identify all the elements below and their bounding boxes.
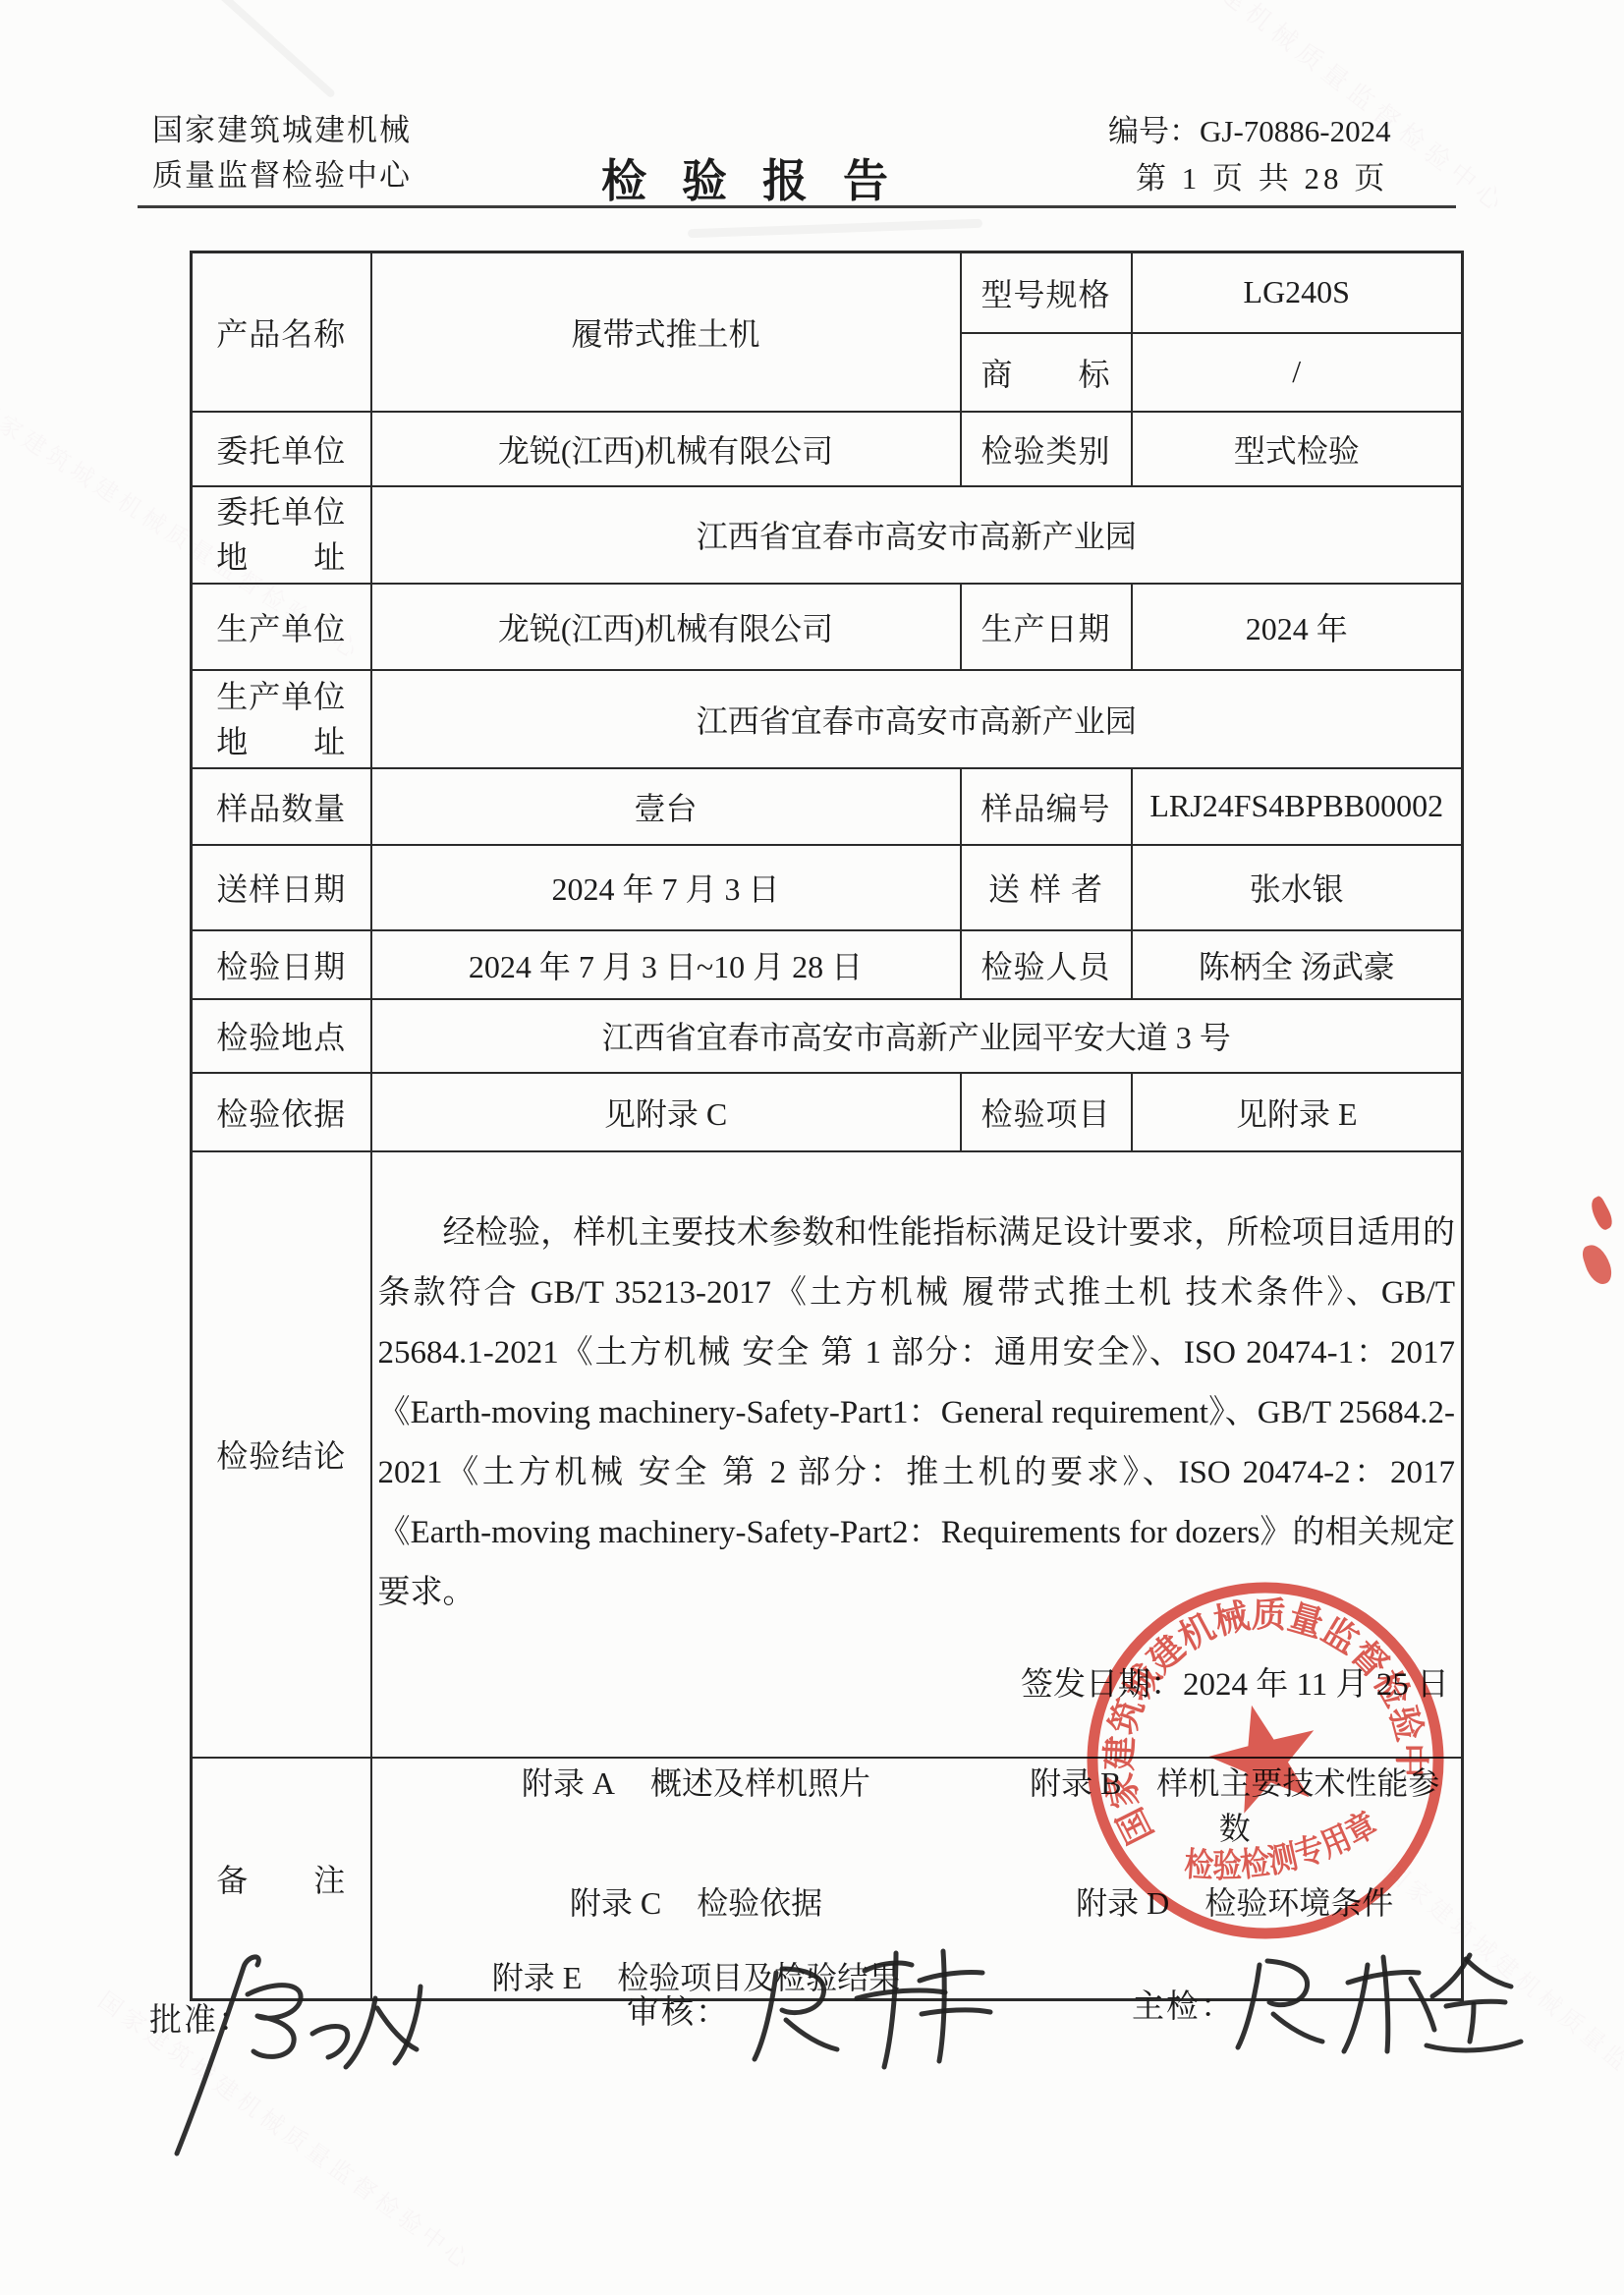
table-row: 产品名称 履带式推土机 型号规格 LG240S — [192, 252, 1463, 333]
trademark-label: 商 标 — [961, 333, 1132, 412]
client-address-label: 委托单位 地 址 — [192, 486, 371, 584]
manufacturer-address-label-line2: 地 址 — [198, 719, 364, 764]
client-address-label-line2: 地 址 — [198, 534, 364, 580]
trademark-value: / — [1132, 333, 1463, 412]
production-date-value: 2024 年 — [1132, 584, 1463, 670]
manufacturer-address-label: 生产单位 地 址 — [192, 670, 371, 768]
inspection-place-label: 检验地点 — [192, 999, 371, 1073]
issuing-organization: 国家建筑城建机械 质量监督检验中心 — [152, 108, 412, 198]
appendix-title: 概述及样机照片 — [650, 1765, 870, 1801]
model-label: 型号规格 — [961, 252, 1132, 333]
inspection-items-value: 见附录 E — [1132, 1073, 1463, 1151]
table-row: 样品数量 壹台 样品编号 LRJ24FS4BPBB00002 — [192, 768, 1463, 845]
sample-quantity-value: 壹台 — [371, 768, 961, 845]
header-divider — [138, 205, 1456, 208]
table-row: 委托单位 龙锐(江西)机械有限公司 检验类别 型式检验 — [192, 412, 1463, 486]
stamp-inner-text: 检验检测专用章 — [1175, 1799, 1387, 1902]
inspection-basis-label: 检验依据 — [192, 1073, 371, 1151]
inspection-place-value: 江西省宜春市高安市高新产业园平安大道 3 号 — [371, 999, 1463, 1073]
manufacturer-address-value: 江西省宜春市高安市高新产业园 — [371, 670, 1463, 768]
conclusion-label: 检验结论 — [192, 1151, 371, 1758]
sample-sender-label: 送 样 者 — [961, 845, 1132, 930]
manufacturer-address-label-line1: 生产单位 — [198, 674, 364, 719]
inspection-date-label: 检验日期 — [192, 930, 371, 999]
scan-streak-artifact — [688, 219, 982, 238]
production-date-label: 生产日期 — [961, 584, 1132, 670]
inspection-date-value: 2024 年 7 月 3 日~10 月 28 日 — [371, 930, 961, 999]
table-row: 委托单位 地 址 江西省宜春市高安市高新产业园 — [192, 486, 1463, 584]
report-number: 编号：GJ-70886-2024 — [1108, 108, 1391, 155]
client-address-value: 江西省宜春市高安市高新产业园 — [371, 486, 1463, 584]
stamp-star-icon — [1199, 1692, 1328, 1818]
appendix-code: 附录 C — [570, 1885, 661, 1921]
product-name-label: 产品名称 — [192, 252, 371, 412]
sample-no-value: LRJ24FS4BPBB00002 — [1132, 768, 1463, 845]
inspection-basis-value: 见附录 C — [371, 1073, 961, 1151]
product-name-value: 履带式推土机 — [371, 252, 961, 412]
appendix-title: 检验依据 — [697, 1885, 822, 1921]
sample-quantity-label: 样品数量 — [192, 768, 371, 845]
page-indicator: 第 1 页 共 28 页 — [1108, 155, 1391, 202]
scan-streak-artifact — [214, 0, 336, 99]
table-row: 送样日期 2024 年 7 月 3 日 送 样 者 张水银 — [192, 845, 1463, 930]
delivery-date-label: 送样日期 — [192, 845, 371, 930]
red-ink-mark — [1580, 1241, 1615, 1287]
model-value: LG240S — [1132, 252, 1463, 333]
table-row: 生产单位 龙锐(江西)机械有限公司 生产日期 2024 年 — [192, 584, 1463, 670]
table-row: 检验地点 江西省宜春市高安市高新产业园平安大道 3 号 — [192, 999, 1463, 1073]
appendix-item-c: 附录 C检验依据 — [378, 1878, 1015, 1924]
report-number-block: 编号：GJ-70886-2024 第 1 页 共 28 页 — [1108, 108, 1391, 202]
manufacturer-value: 龙锐(江西)机械有限公司 — [371, 584, 961, 670]
signatures-layer — [118, 1926, 1552, 2201]
table-row: 检验依据 见附录 C 检验项目 见附录 E — [192, 1073, 1463, 1151]
chief-inspector-signature — [1238, 1955, 1521, 2051]
approver-signature — [177, 1957, 420, 2154]
table-row: 检验日期 2024 年 7 月 3 日~10 月 28 日 检验人员 陈柄全 汤… — [192, 930, 1463, 999]
appendix-code: 附录 A — [522, 1765, 615, 1801]
client-address-label-line1: 委托单位 — [198, 489, 364, 534]
delivery-date-value: 2024 年 7 月 3 日 — [371, 845, 961, 930]
inspection-items-label: 检验项目 — [961, 1073, 1132, 1151]
table-row: 生产单位 地 址 江西省宜春市高安市高新产业园 — [192, 670, 1463, 768]
sample-no-label: 样品编号 — [961, 768, 1132, 845]
appendix-item-a: 附录 A概述及样机照片 — [378, 1759, 1015, 1849]
inspectors-label: 检验人员 — [961, 930, 1132, 999]
manufacturer-label: 生产单位 — [192, 584, 371, 670]
red-ink-mark — [1587, 1195, 1616, 1232]
client-value: 龙锐(江西)机械有限公司 — [371, 412, 961, 486]
org-name-line1: 国家建筑城建机械 — [152, 108, 412, 153]
inspection-type-value: 型式检验 — [1132, 412, 1463, 486]
org-name-line2: 质量监督检验中心 — [152, 153, 412, 198]
inspectors-value: 陈柄全 汤武豪 — [1132, 930, 1463, 999]
inspection-type-label: 检验类别 — [961, 412, 1132, 486]
client-label: 委托单位 — [192, 412, 371, 486]
sample-sender-value: 张水银 — [1132, 845, 1463, 930]
document-title: 检验报告 — [601, 145, 924, 210]
reviewer-signature — [755, 1951, 990, 2067]
